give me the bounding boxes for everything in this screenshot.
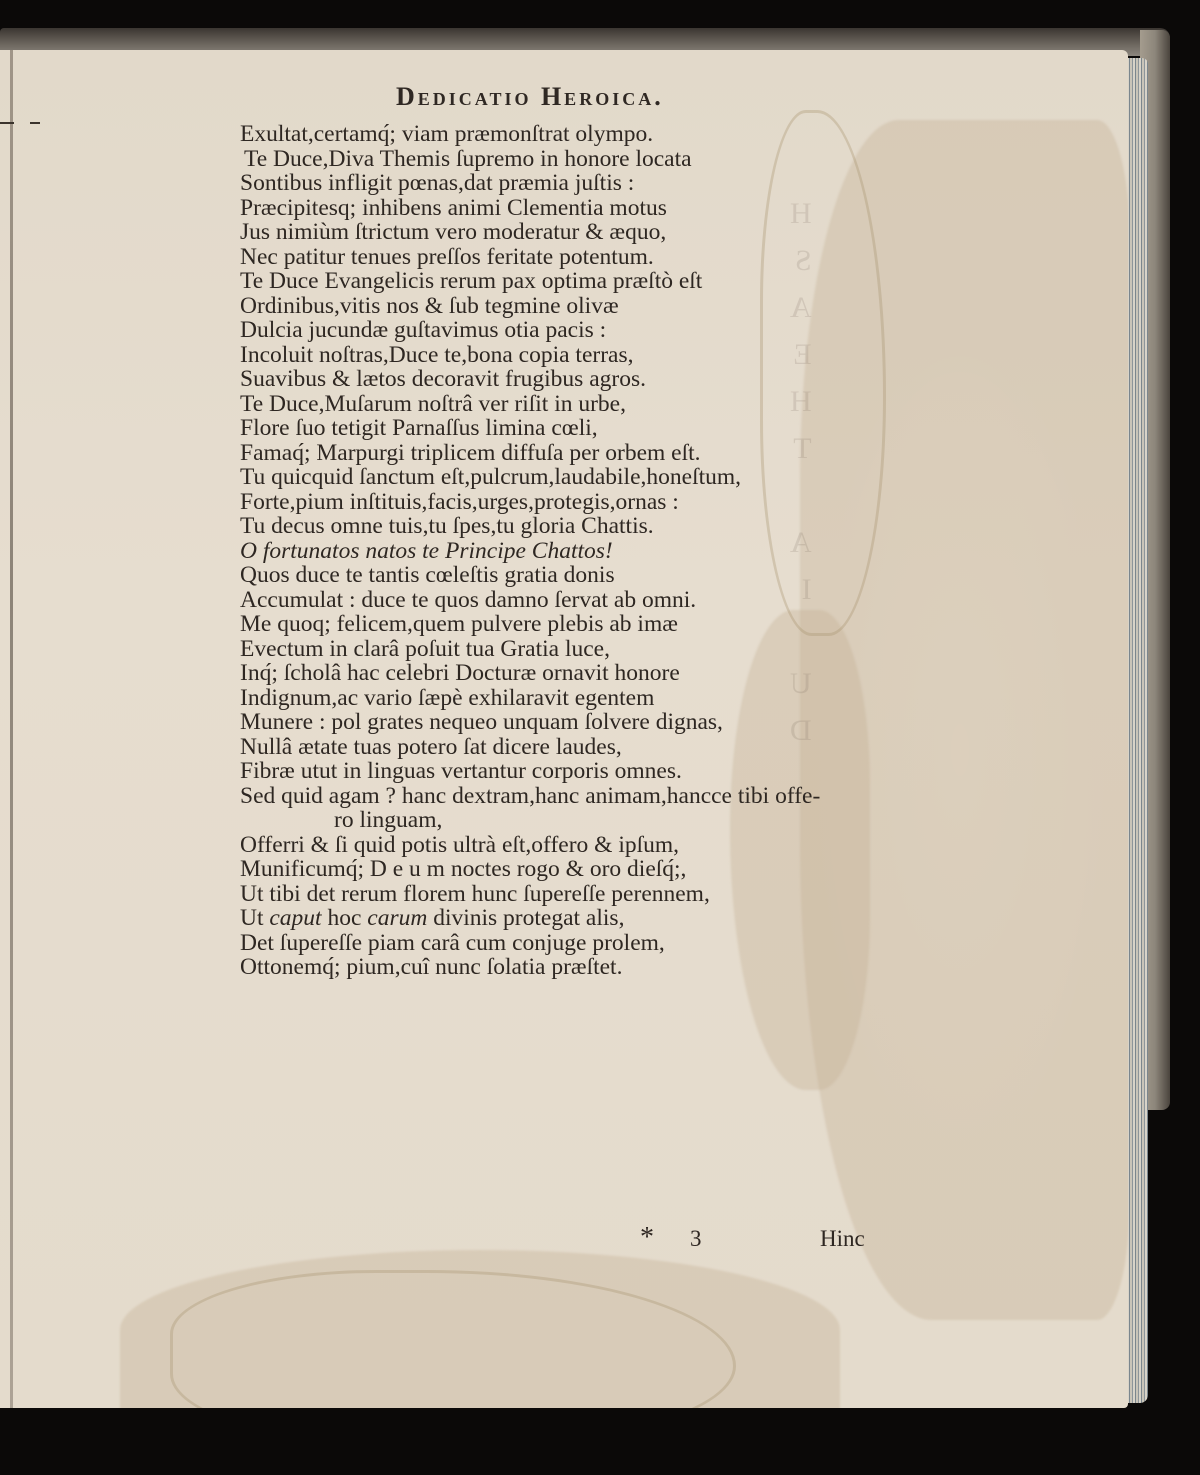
verse-line: Jus nimiùm ſtrictum vero moderatur & æqu…: [240, 220, 940, 245]
verse-line: Me quoq; felicem,quem pulvere plebis ab …: [240, 612, 940, 637]
verse-line: Dulcia jucundæ guſtavimus otia pacis :: [240, 318, 940, 343]
gutter-tick-mark: [0, 122, 14, 124]
verse-line: Nullâ ætate tuas potero ſat dicere laude…: [240, 735, 940, 760]
verse-line: Sontibus infligit pœnas,dat præmia juſti…: [240, 171, 940, 196]
verse-fragment: hoc: [322, 905, 368, 931]
verse-line: Te Duce,Muſarum noſtrâ ver riſit in urbe…: [240, 392, 940, 417]
scan-scene: HSAEHTAIUD Dedicatio Heroica. Exultat,ce…: [0, 0, 1200, 1475]
running-head: Dedicatio Heroica.: [396, 82, 664, 112]
verse-fragment: divinis protegat alis,: [427, 905, 624, 931]
verse-line: Te Duce Evangelicis rerum pax optima præ…: [240, 269, 940, 294]
verse-line: Sed quid agam ? hanc dextram,hanc animam…: [240, 784, 940, 809]
verse-line: Famaq́; Marpurgi triplicem diffuſa per o…: [240, 441, 940, 466]
catchword: Hinc: [820, 1226, 865, 1252]
verse-fragment: Ut: [240, 905, 269, 931]
verse-line: Te Duce,Diva Themis ſupremo in honore lo…: [240, 147, 940, 172]
verse-line: Nec patitur tenues preſſos feritate pote…: [240, 245, 940, 270]
verse-line: Offerri & ſi quid potis ultrà eſt,offero…: [240, 833, 940, 858]
verse-fragment-italic: caput: [269, 905, 321, 931]
verse-line: Ottonemq́; pium,cuî nunc ſolatia præſtet…: [240, 955, 940, 980]
verse-line: Flore ſuo tetigit Parnaſſus limina cœli,: [240, 416, 940, 441]
verse-line: Præcipitesq; inhibens animi Clementia mo…: [240, 196, 940, 221]
verse-line: Munificumq́; D e u m noctes rogo & oro d…: [240, 857, 940, 882]
gutter-tick-mark: [30, 122, 40, 124]
verse-line: Fibræ utut in linguas vertantur corporis…: [240, 759, 940, 784]
verse-fragment-italic: carum: [367, 905, 427, 931]
verse-line: Tu decus omne tuis,tu ſpes,tu gloria Cha…: [240, 514, 940, 539]
verse-line: Munere : pol grates nequeo unquam ſolver…: [240, 710, 940, 735]
verse-line: Accumulat : duce te quos damno ſervat ab…: [240, 588, 940, 613]
signature-number: 3: [690, 1226, 702, 1252]
verse-line-continuation: ro linguam,: [240, 808, 940, 833]
verse-line: Forte,pium inſtituis,facis,urges,protegi…: [240, 490, 940, 515]
verse-line: Ut tibi det rerum florem hunc ſupereſſe …: [240, 882, 940, 907]
verse-line: Inq́; ſcholâ hac celebri Docturæ ornavit…: [240, 661, 940, 686]
verse-line: Incoluit noſtras,Duce te,bona copia terr…: [240, 343, 940, 368]
verse-line: Ordinibus,vitis nos & ſub tegmine olivæ: [240, 294, 940, 319]
verse-line: Indignum,ac vario ſæpè exhilaravit egent…: [240, 686, 940, 711]
verse-text-block: Exultat,certamq́; viam præmonſtrat olymp…: [240, 122, 940, 980]
signature-mark: *: [640, 1222, 654, 1254]
verse-line-italic: O fortunatos natos te Principe Chattos!: [240, 539, 940, 564]
verse-line: Quos duce te tantis cœleſtis gratia doni…: [240, 563, 940, 588]
verse-line-mixed: Ut caput hoc carum divinis protegat alis…: [240, 906, 940, 931]
verse-line: Tu quicquid ſanctum eſt,pulcrum,laudabil…: [240, 465, 940, 490]
verse-line: Suavibus & lætos decoravit frugibus agro…: [240, 367, 940, 392]
binding-gutter: [10, 50, 13, 1408]
verse-line: Det ſupereſſe piam carâ cum conjuge prol…: [240, 931, 940, 956]
verse-line: Exultat,certamq́; viam præmonſtrat olymp…: [240, 122, 940, 147]
verse-line: Evectum in clarâ poſuit tua Gratia luce,: [240, 637, 940, 662]
